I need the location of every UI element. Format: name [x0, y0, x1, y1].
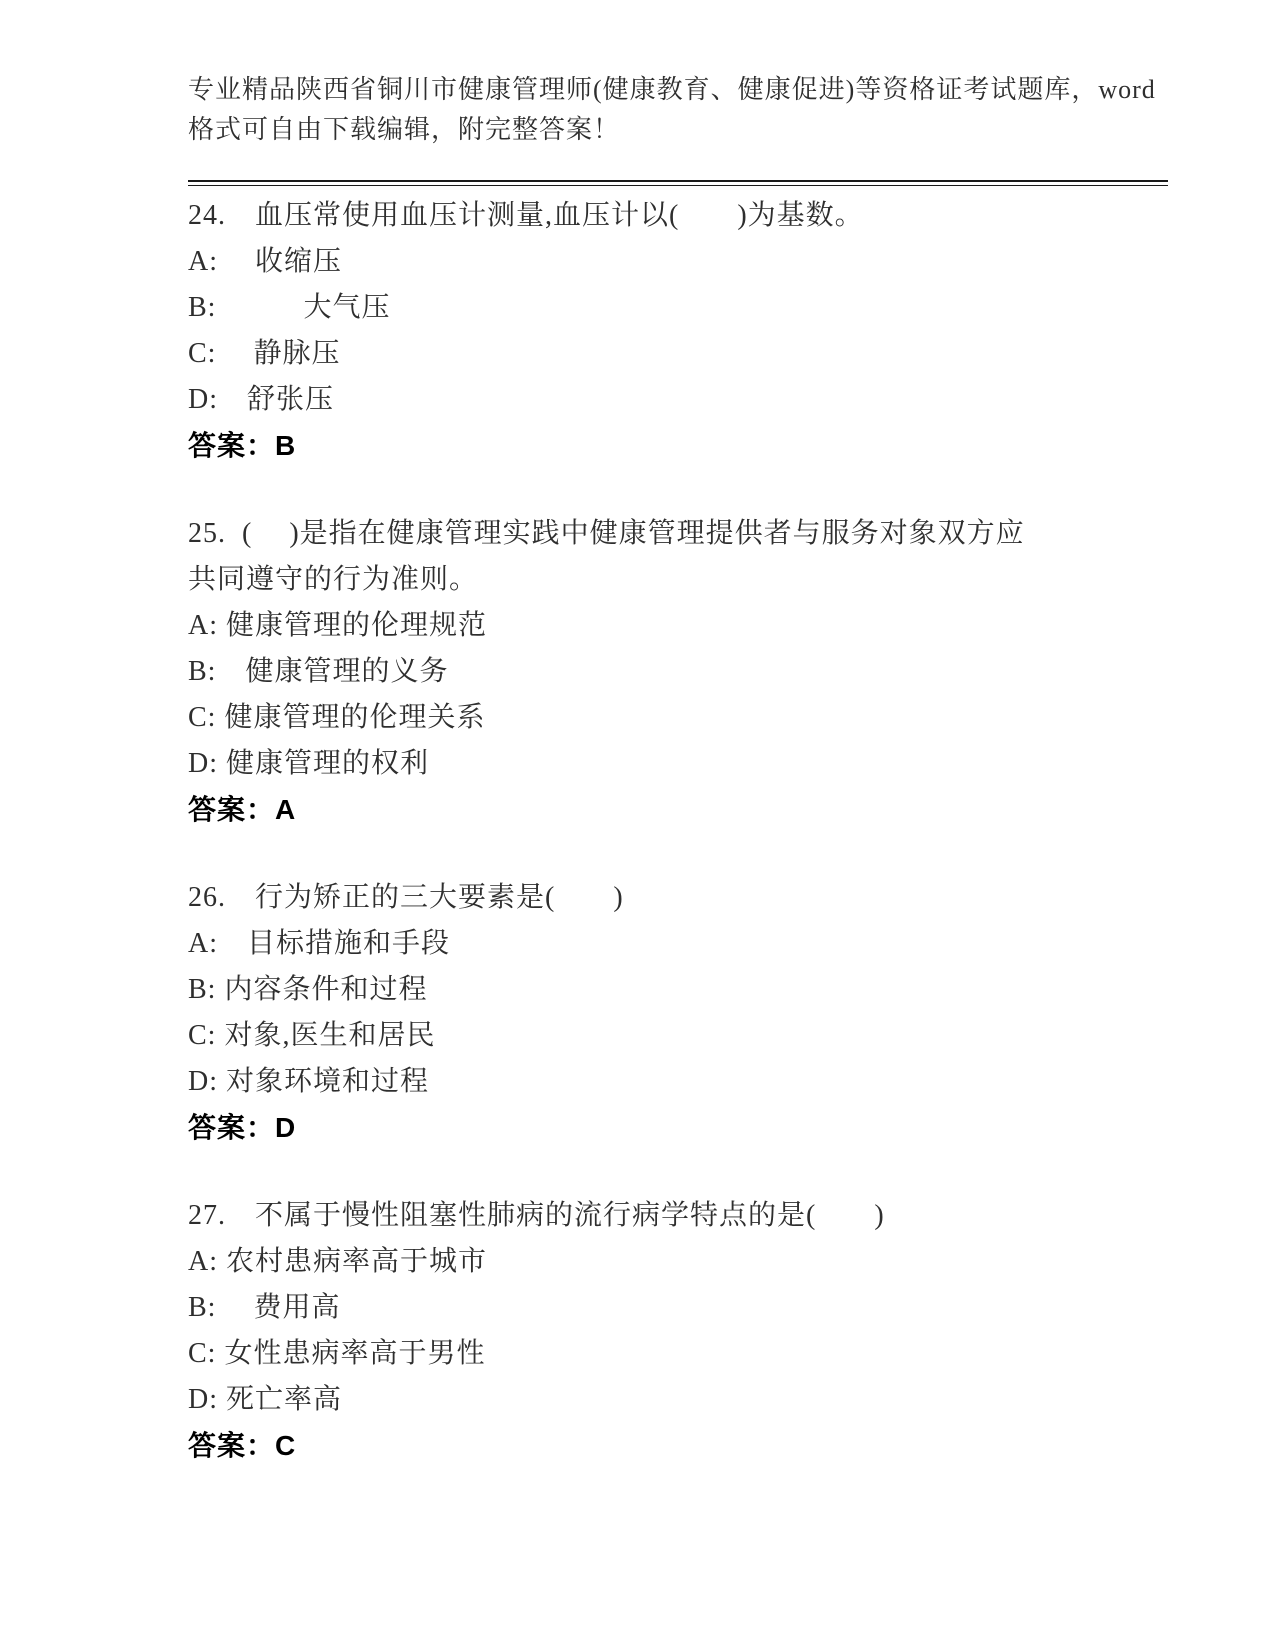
- answer-label: 答案：: [188, 794, 275, 825]
- answer-value: C: [275, 1430, 296, 1461]
- question-text-line: 25. ( )是指在健康管理实践中健康管理提供者与服务对象双方应: [188, 511, 1168, 557]
- question-block: 27. 不属于慢性阻塞性肺病的流行病学特点的是( )A: 农村患病率高于城市B:…: [188, 1193, 1168, 1469]
- question-text-line: 27. 不属于慢性阻塞性肺病的流行病学特点的是( ): [188, 1193, 1168, 1239]
- answer-label: 答案：: [188, 1430, 275, 1461]
- option-line: C: 女性患病率高于男性: [188, 1331, 1168, 1377]
- header-line-2: 格式可自由下载编辑，附完整答案！: [188, 110, 1168, 150]
- answer-label: 答案：: [188, 430, 275, 461]
- question-text-line: 24. 血压常使用血压计测量,血压计以( )为基数。: [188, 193, 1168, 239]
- question-text-line: 共同遵守的行为准则。: [188, 557, 1168, 603]
- question-block: 25. ( )是指在健康管理实践中健康管理提供者与服务对象双方应共同遵守的行为准…: [188, 511, 1168, 833]
- answer-label: 答案：: [188, 1112, 275, 1143]
- option-line: D: 健康管理的权利: [188, 741, 1168, 787]
- option-line: A: 收缩压: [188, 239, 1168, 285]
- answer-line: 答案：A: [188, 787, 1168, 833]
- question-text-line: 26. 行为矫正的三大要素是( ): [188, 875, 1168, 921]
- answer-line: 答案：D: [188, 1105, 1168, 1151]
- document-page: 专业精品陕西省铜川市健康管理师(健康教育、健康促进)等资格证考试题库，word …: [188, 0, 1168, 1469]
- answer-value: B: [275, 430, 296, 461]
- question-block: 24. 血压常使用血压计测量,血压计以( )为基数。A: 收缩压B: 大气压C:…: [188, 193, 1168, 469]
- answer-value: A: [275, 794, 296, 825]
- option-line: C: 静脉压: [188, 331, 1168, 377]
- option-line: D: 死亡率高: [188, 1377, 1168, 1423]
- option-line: C: 健康管理的伦理关系: [188, 695, 1168, 741]
- option-line: D: 对象环境和过程: [188, 1059, 1168, 1105]
- question-block: 26. 行为矫正的三大要素是( )A: 目标措施和手段B: 内容条件和过程C: …: [188, 875, 1168, 1151]
- option-line: A: 农村患病率高于城市: [188, 1239, 1168, 1285]
- option-line: B: 健康管理的义务: [188, 649, 1168, 695]
- option-line: C: 对象,医生和居民: [188, 1013, 1168, 1059]
- answer-value: D: [275, 1112, 296, 1143]
- question-list: 24. 血压常使用血压计测量,血压计以( )为基数。A: 收缩压B: 大气压C:…: [188, 193, 1168, 1469]
- option-line: B: 内容条件和过程: [188, 967, 1168, 1013]
- answer-line: 答案：B: [188, 423, 1168, 469]
- doc-header: 专业精品陕西省铜川市健康管理师(健康教育、健康促进)等资格证考试题库，word …: [188, 0, 1168, 150]
- option-line: D: 舒张压: [188, 377, 1168, 423]
- option-line: A: 健康管理的伦理规范: [188, 603, 1168, 649]
- header-divider-rule: [188, 180, 1168, 186]
- option-line: B: 费用高: [188, 1285, 1168, 1331]
- option-line: B: 大气压: [188, 285, 1168, 331]
- answer-line: 答案：C: [188, 1423, 1168, 1469]
- header-line-1: 专业精品陕西省铜川市健康管理师(健康教育、健康促进)等资格证考试题库，word: [188, 70, 1168, 110]
- option-line: A: 目标措施和手段: [188, 921, 1168, 967]
